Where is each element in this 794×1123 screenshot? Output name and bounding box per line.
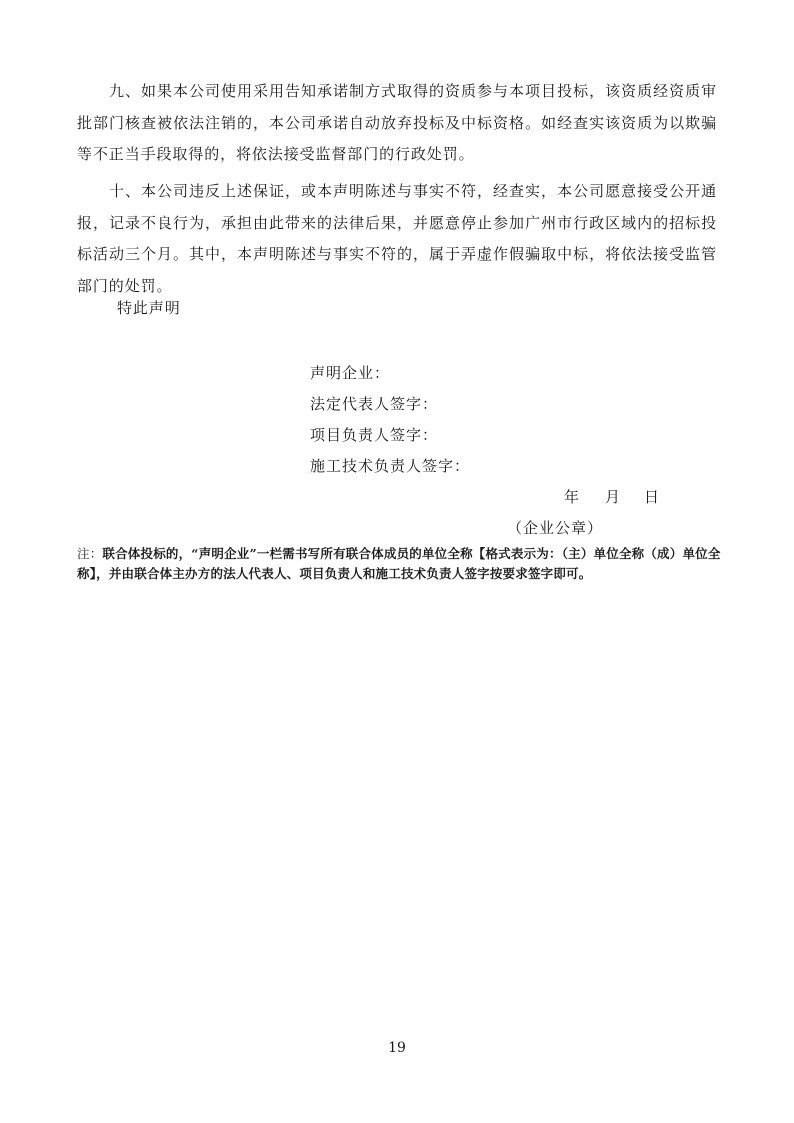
- company-seal-label: （企业公章）: [507, 517, 603, 538]
- signature-field-company: 声明企业：: [310, 362, 390, 383]
- signature-field-project-manager: 项目负责人签字：: [310, 424, 438, 445]
- footnote: 注：联合体投标的，“声明企业”一栏需书写所有联合体成员的单位全称【格式表示为：（…: [77, 544, 727, 584]
- footnote-text: 联合体投标的，“声明企业”一栏需书写所有联合体成员的单位全称【格式表示为：（主）…: [77, 546, 721, 581]
- footnote-label: 注：: [77, 546, 102, 561]
- signature-field-legal-rep: 法定代表人签字：: [310, 393, 438, 414]
- paragraph-ten: 十、本公司违反上述保证，或本声明陈述与事实不符，经查实，本公司愿意接受公开通报，…: [77, 176, 717, 302]
- signature-field-technical-lead: 施工技术负责人签字：: [310, 455, 470, 476]
- date-month: 月: [605, 486, 620, 507]
- page-number: 19: [0, 1040, 794, 1056]
- closing-statement: 特此声明: [117, 297, 181, 318]
- date-year: 年: [564, 486, 579, 507]
- date-day: 日: [644, 486, 659, 507]
- paragraph-nine: 九、如果本公司使用采用告知承诺制方式取得的资质参与本项目投标，该资质经资质审批部…: [77, 76, 717, 171]
